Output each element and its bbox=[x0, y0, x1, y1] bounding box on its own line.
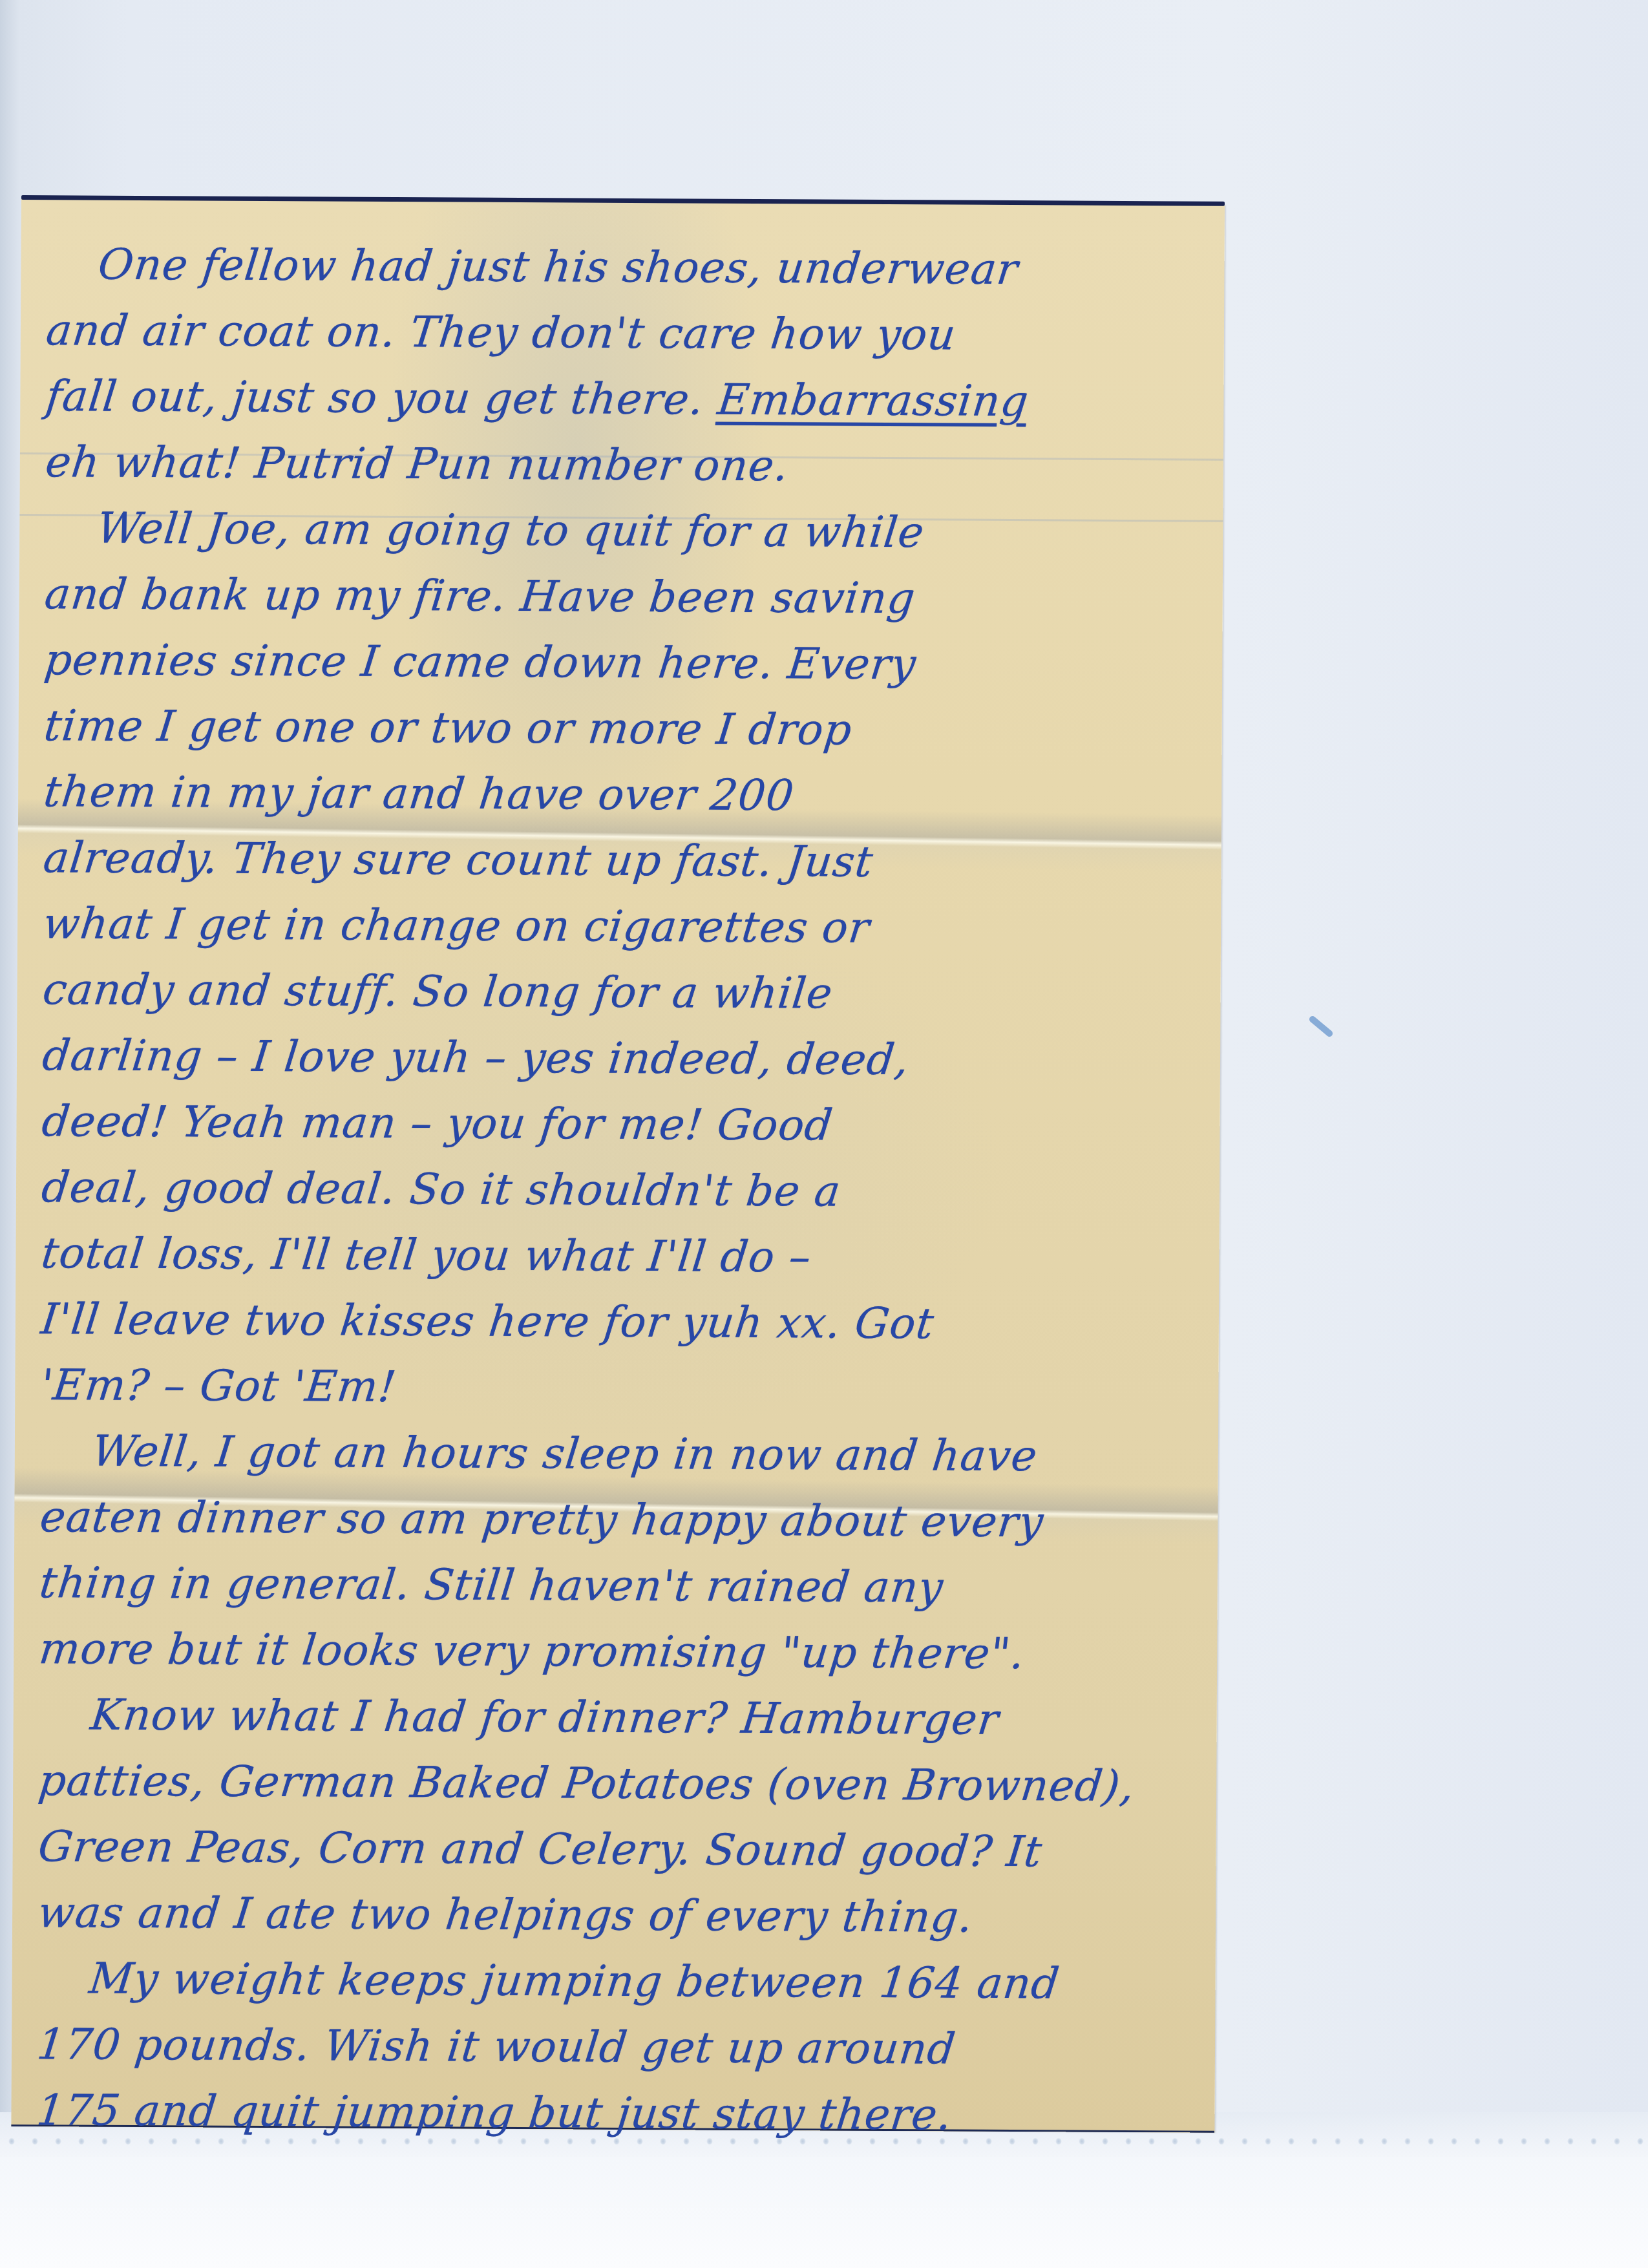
handwritten-line: Know what I had for dinner? Hamburger bbox=[36, 1682, 1199, 1754]
handwritten-line: more but it looks very promising "up the… bbox=[36, 1616, 1200, 1688]
handwritten-line: candy and stuff. So long for a while bbox=[39, 957, 1203, 1028]
handwritten-line: and bank up my fire. Have been saving bbox=[41, 561, 1205, 633]
handwritten-line: what I get in change on cigarettes or bbox=[40, 891, 1204, 962]
handwritten-line: fall out, just so you get there. Embarra… bbox=[43, 363, 1207, 435]
handwritten-line: 175 and quit jumping but just stay there… bbox=[34, 2077, 1198, 2149]
scanner-background-bottom bbox=[0, 2157, 1648, 2268]
handwritten-line: Well, I got an hours sleep in now and ha… bbox=[37, 1418, 1201, 1490]
handwritten-line: One fellow had just his shoes, underwear bbox=[43, 231, 1207, 303]
handwritten-line: I'll leave two kisses here for yuh xx. G… bbox=[37, 1286, 1201, 1358]
handwritten-line: pennies since I came down here. Every bbox=[41, 627, 1205, 699]
letter-page: One fellow had just his shoes, underwear… bbox=[11, 199, 1225, 2133]
handwritten-text-body: One fellow had just his shoes, underwear… bbox=[37, 231, 1203, 2149]
handwritten-line: already. They sure count up fast. Just bbox=[40, 825, 1204, 896]
handwritten-line: Green Peas, Corn and Celery. Sound good?… bbox=[35, 1814, 1199, 1885]
handwritten-line: patties, German Baked Potatoes (oven Bro… bbox=[36, 1748, 1199, 1819]
handwritten-line: and air coat on. They don't care how you bbox=[43, 297, 1207, 369]
handwritten-line: deed! Yeah man – you for me! Good bbox=[39, 1088, 1203, 1160]
ink-smudge-mark bbox=[1308, 1015, 1334, 1038]
handwritten-line: was and I ate two helpings of every thin… bbox=[34, 1880, 1198, 1951]
underlined-word: Embarrassing bbox=[715, 375, 1031, 426]
handwritten-line: 'Em? – Got 'Em! bbox=[37, 1352, 1201, 1424]
handwritten-line: total loss, I'll tell you what I'll do – bbox=[38, 1220, 1202, 1292]
handwritten-line: darling – I love yuh – yes indeed, deed, bbox=[39, 1023, 1203, 1094]
handwritten-line: Well Joe, am going to quit for a while bbox=[42, 495, 1206, 567]
handwritten-line: thing in general. Still haven't rained a… bbox=[36, 1550, 1200, 1622]
handwritten-line: eaten dinner so am pretty happy about ev… bbox=[37, 1484, 1201, 1556]
handwritten-line: them in my jar and have over 200 bbox=[41, 759, 1205, 831]
handwritten-line: deal, good deal. So it shouldn't be a bbox=[38, 1154, 1202, 1226]
handwritten-line: 170 pounds. Wish it would get up around bbox=[34, 2011, 1198, 2083]
handwritten-line: eh what! Putrid Pun number one. bbox=[42, 429, 1206, 501]
handwritten-line: time I get one or two or more I drop bbox=[41, 693, 1205, 765]
handwritten-line: My weight keeps jumping between 164 and bbox=[34, 1945, 1198, 2017]
